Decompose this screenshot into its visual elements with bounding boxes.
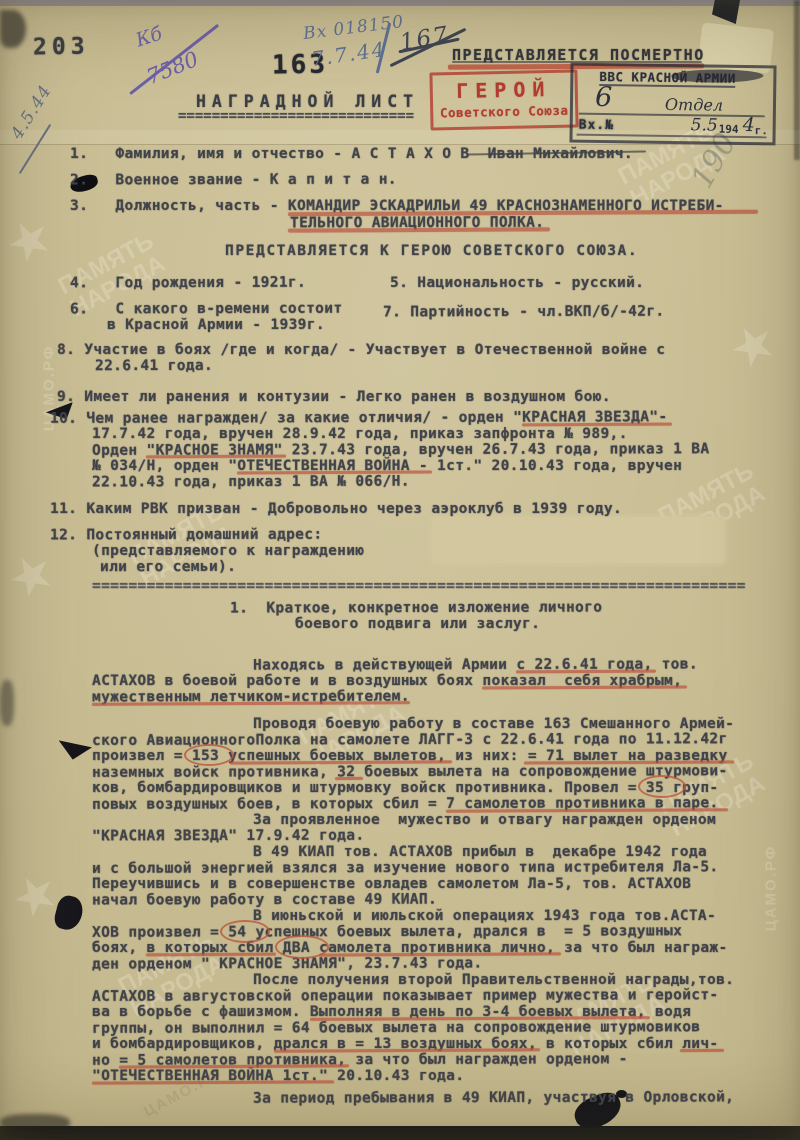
watermark-star-icon: ★ [721,312,787,380]
office-stamp-day: 5.5 [691,115,718,135]
body-line-21: АСТАХОВ в августовской операции показыва… [92,987,719,1005]
section-heading-line1: 1. Краткое, конкретное изложение личного [230,600,602,617]
form-title-rule: ============================ [178,108,414,124]
body-line-13: и с большой энергией взялся за изучение … [92,859,719,877]
body-line-16: В июньской и июльской операциях 1943 год… [253,908,716,924]
field-in-army-since-line2: в Красной Армии - 1939г. [107,317,325,333]
red-circle [638,775,686,798]
stamp-rule [579,113,765,118]
office-stamp-dept: Отдел [665,95,723,115]
red-underline [335,777,363,780]
body-line-20: После получения второй Правительственной… [253,972,734,988]
red-circle [220,920,270,943]
red-underline [288,227,550,232]
ink-blot [52,893,85,932]
field-previous-awards-line5: 22.10.43 года, приказ 1 ВА № 066/Н. [92,474,410,491]
scan-bottom-edge [0,1126,800,1140]
field-home-address-line1: 12. Постоянный домашний адрес: [50,527,322,544]
body-line-8: ков, бомбардировщиков и штурмовку войск … [92,780,719,796]
paper-crease-line [0,144,800,145]
body-line-5: ского АвиационногоПолка на самолете ЛАГГ… [92,731,728,749]
field-home-address-line2: (представляемого к награждению [92,543,364,559]
handwritten-code: Кб [134,24,165,50]
red-underline [680,1049,724,1052]
office-stamp-dept-number: 6 [595,82,613,113]
hero-of-soviet-union-stamp: ГЕРОЙ Советского Союза [429,69,578,130]
hero-stamp-line2: Советского Союза [433,103,575,121]
scan-top-edge [0,0,800,6]
field-wounds: 9. Имеет ли ранения и контузии - Легко р… [57,389,611,405]
redacted-address-area [432,517,724,563]
award-sheet-scan: ПАМЯТЬ НАРОДА ПАМЯТЬ НАРОДА ПАМЯТЬ НАРОД… [0,0,800,1140]
ink-arrow-mark [59,736,94,761]
top-left-corner-mark [0,10,26,48]
field-birth-year: 4. Год рождения - 1921г. [70,275,306,292]
field-combat-participation-line1: 8. Участие в боях /где и когда/ - Участв… [57,342,665,358]
office-stamp-inbox-label: Вх.№ [579,118,615,133]
body-line-23: группы, он выполнил = 64 боевых вылета н… [92,1019,700,1037]
top-right-corner-mark [712,0,740,24]
body-line-12: В 49 КИАП тов. АСТАХОВ прибыл в декабре … [253,844,707,860]
red-circle [184,744,234,766]
vvs-office-stamp: ВВС КРАСНОЙ АРМИИ 6 Отдел Вх.№ 5.5 194 4… [569,63,776,146]
red-underline [522,423,672,427]
body-line-14: Переучившись и в совершенстве овладев са… [92,876,691,892]
body-line-10: За проявленное мужество и отвагу награжд… [253,812,716,828]
body-line-7: наземных войск противника, 32 боевых выл… [92,763,728,781]
body-line-11: "КРАСНАЯ ЗВЕЗДА" 17.9.42 года. [92,828,364,845]
body-line-17: ХОВ произвел = 54 успешных боевых вылета… [92,923,682,941]
field-drafted-by: 11. Каким РВК призван - Добровольно чере… [50,501,622,517]
section-heading-line2: боевого подвига или заслуг. [295,616,540,632]
office-stamp-year: 194 [719,123,739,136]
office-stamp-year-digit: 4 [743,114,755,136]
watermark-star-icon: ★ [0,207,62,275]
page-number: 203 [33,34,90,61]
field-party-membership: 7. Партийность - чл.ВКП/б/-42г. [383,304,665,321]
field-in-army-since-line1: 6. С какого в-ремени состоит [70,301,342,318]
section-divider: ========================================… [92,578,746,594]
watermark-star-icon: ★ [0,542,64,610]
handwritten-number: 7580 [144,49,201,88]
field-previous-awards-line2: 17.7.42 года, вручен 28.9.42 года, прика… [92,426,628,442]
body-line-19: ден орденом " КРАСНОЕ ЗНАМЯ", 23.7.43 го… [92,955,482,972]
field-rank: 2. Военное звание - К а п и т а н. [70,172,397,189]
body-line-27: За период пребывания в 49 КИАП, участвуя… [253,1089,734,1106]
bottom-left-smudge [0,1114,70,1132]
red-underline [92,701,410,706]
field-home-address-line3: или его семьи). [100,559,236,575]
body-line-15: начал боевую работу в составе 49 КИАП. [92,892,437,909]
hero-stamp-line1: ГЕРОЙ [433,77,575,104]
presented-for-hero-line: ПРЕДСТАВЛЯЕТСЯ К ГЕРОЮ СОВЕТСКОГО СОЮЗА. [225,243,638,259]
left-edge-smudge [0,680,14,726]
field-combat-participation-line2: 22.6.41 года. [95,358,213,374]
field-nationality: 5. Национальность - русский. [390,275,644,291]
field-name: 1. Фамилия, имя и отчество - А С Т А Х О… [70,146,633,162]
handwritten-inbox-date: 7.7.44 [310,39,388,69]
watermark-tsamo: ЦАМО.РФ [763,845,779,932]
body-line-4: Проводя боевую работу в составе 163 Смеш… [253,716,734,732]
